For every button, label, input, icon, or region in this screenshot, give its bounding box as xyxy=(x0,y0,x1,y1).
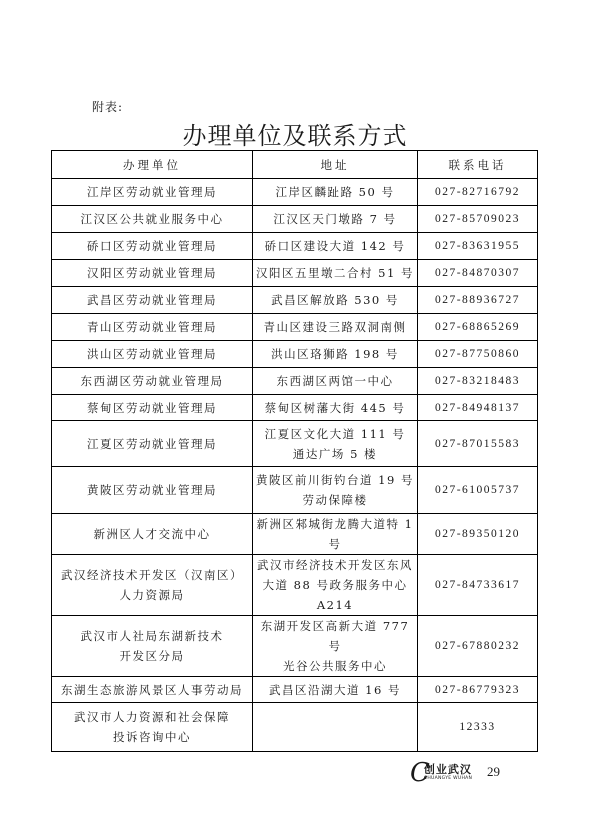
cell-unit-line: 人力资源局 xyxy=(54,585,250,605)
cell-unit: 江岸区劳动就业管理局 xyxy=(52,179,253,206)
cell-phone: 027-83218483 xyxy=(418,368,538,395)
cell-address-line: 劳动保障楼 xyxy=(255,490,415,510)
cell-address-line: 大道 88 号政务服务中心 A214 xyxy=(255,575,415,615)
table-row: 洪山区劳动就业管理局洪山区珞狮路 198 号027-87750860 xyxy=(52,341,538,368)
cell-address: 蔡甸区树藩大街 445 号 xyxy=(253,395,418,421)
table-row: 青山区劳动就业管理局青山区建设三路双洞南侧027-68865269 xyxy=(52,314,538,341)
cell-address-line: 硚口区建设大道 142 号 xyxy=(255,236,415,256)
cell-phone: 027-67880232 xyxy=(418,616,538,677)
cell-unit-line: 开发区分局 xyxy=(54,646,250,666)
logo-english: CHUANGYE WUHAN xyxy=(424,776,472,782)
cell-phone: 027-82716792 xyxy=(418,179,538,206)
table-row: 江汉区公共就业服务中心江汉区天门墩路 7 号027-85709023 xyxy=(52,206,538,233)
cell-phone: 027-83631955 xyxy=(418,233,538,260)
table-row: 江岸区劳动就业管理局江岸区麟趾路 50 号027-82716792 xyxy=(52,179,538,206)
cell-unit-line: 洪山区劳动就业管理局 xyxy=(54,344,250,364)
logo-chinese: 创业武汉 xyxy=(424,764,472,776)
cell-unit-line: 武昌区劳动就业管理局 xyxy=(54,290,250,310)
page-title: 办理单位及联系方式 xyxy=(0,116,590,151)
cell-unit: 武汉市人力资源和社会保障投诉咨询中心 xyxy=(52,703,253,752)
cell-unit-line: 江汉区公共就业服务中心 xyxy=(54,209,250,229)
cell-address: 东西湖区两馆一中心 xyxy=(253,368,418,395)
cell-unit-line: 蔡甸区劳动就业管理局 xyxy=(54,398,250,418)
cell-address-line: 洪山区珞狮路 198 号 xyxy=(255,344,415,364)
cell-address-line: 江汉区天门墩路 7 号 xyxy=(255,209,415,229)
cell-phone: 027-88936727 xyxy=(418,287,538,314)
cell-address-line: 武汉市经济技术开发区东风 xyxy=(255,555,415,575)
cell-phone: 027-89350120 xyxy=(418,514,538,555)
cell-unit: 江汉区公共就业服务中心 xyxy=(52,206,253,233)
table-row: 新洲区人才交流中心新洲区邾城街龙腾大道特 1 号027-89350120 xyxy=(52,514,538,555)
cell-unit-line: 武汉市人力资源和社会保障 xyxy=(54,707,250,727)
cell-phone: 027-86779323 xyxy=(418,677,538,703)
cell-unit-line: 江夏区劳动就业管理局 xyxy=(54,434,250,454)
cell-address: 黄陂区前川街钓台道 19 号劳动保障楼 xyxy=(253,467,418,514)
header-address: 地址 xyxy=(253,151,418,179)
brand-logo: C 创业武汉 CHUANGYE WUHAN xyxy=(410,760,472,786)
table-row: 武昌区劳动就业管理局武昌区解放路 530 号027-88936727 xyxy=(52,287,538,314)
cell-address: 江夏区文化大道 111 号通达广场 5 楼 xyxy=(253,421,418,467)
table-header-row: 办理单位 地址 联系电话 xyxy=(52,151,538,179)
cell-address-line: 武昌区沿湖大道 16 号 xyxy=(255,680,415,700)
cell-unit: 新洲区人才交流中心 xyxy=(52,514,253,555)
cell-address: 汉阳区五里墩二合村 51 号 xyxy=(253,260,418,287)
cell-address-line: 东湖开发区高新大道 777 号 xyxy=(255,616,415,656)
cell-unit: 江夏区劳动就业管理局 xyxy=(52,421,253,467)
cell-address: 东湖开发区高新大道 777 号光谷公共服务中心 xyxy=(253,616,418,677)
cell-phone: 12333 xyxy=(418,703,538,752)
cell-address: 新洲区邾城街龙腾大道特 1 号 xyxy=(253,514,418,555)
cell-phone: 027-84733617 xyxy=(418,555,538,616)
header-unit: 办理单位 xyxy=(52,151,253,179)
cell-address-line: 光谷公共服务中心 xyxy=(255,656,415,676)
cell-unit: 硚口区劳动就业管理局 xyxy=(52,233,253,260)
contacts-table: 办理单位 地址 联系电话 江岸区劳动就业管理局江岸区麟趾路 50 号027-82… xyxy=(51,150,538,752)
cell-unit: 洪山区劳动就业管理局 xyxy=(52,341,253,368)
cell-address: 洪山区珞狮路 198 号 xyxy=(253,341,418,368)
cell-unit-line: 硚口区劳动就业管理局 xyxy=(54,236,250,256)
cell-unit-line: 汉阳区劳动就业管理局 xyxy=(54,263,250,283)
table-row: 武汉经济技术开发区（汉南区）人力资源局武汉市经济技术开发区东风大道 88 号政务… xyxy=(52,555,538,616)
cell-unit-line: 东湖生态旅游风景区人事劳动局 xyxy=(54,680,250,700)
cell-unit-line: 武汉经济技术开发区（汉南区） xyxy=(54,565,250,585)
cell-address: 青山区建设三路双洞南侧 xyxy=(253,314,418,341)
cell-unit: 武汉经济技术开发区（汉南区）人力资源局 xyxy=(52,555,253,616)
cell-address: 硚口区建设大道 142 号 xyxy=(253,233,418,260)
table-row: 黄陂区劳动就业管理局黄陂区前川街钓台道 19 号劳动保障楼027-6100573… xyxy=(52,467,538,514)
table-row: 蔡甸区劳动就业管理局蔡甸区树藩大街 445 号027-84948137 xyxy=(52,395,538,421)
cell-unit: 蔡甸区劳动就业管理局 xyxy=(52,395,253,421)
cell-unit-line: 青山区劳动就业管理局 xyxy=(54,317,250,337)
cell-unit: 汉阳区劳动就业管理局 xyxy=(52,260,253,287)
cell-address-line: 东西湖区两馆一中心 xyxy=(255,371,415,391)
header-phone: 联系电话 xyxy=(418,151,538,179)
annex-label: 附表: xyxy=(92,98,123,115)
cell-unit-line: 投诉咨询中心 xyxy=(54,727,250,747)
cell-unit-line: 东西湖区劳动就业管理局 xyxy=(54,371,250,391)
cell-address: 江岸区麟趾路 50 号 xyxy=(253,179,418,206)
cell-phone: 027-87750860 xyxy=(418,341,538,368)
page-number: 29 xyxy=(487,764,500,780)
logo-text: 创业武汉 CHUANGYE WUHAN xyxy=(424,764,472,782)
table-body: 江岸区劳动就业管理局江岸区麟趾路 50 号027-82716792江汉区公共就业… xyxy=(52,179,538,752)
cell-phone: 027-87015583 xyxy=(418,421,538,467)
cell-phone: 027-68865269 xyxy=(418,314,538,341)
cell-address: 江汉区天门墩路 7 号 xyxy=(253,206,418,233)
cell-address-line: 汉阳区五里墩二合村 51 号 xyxy=(255,263,415,283)
table-row: 硚口区劳动就业管理局硚口区建设大道 142 号027-83631955 xyxy=(52,233,538,260)
table-row: 武汉市人力资源和社会保障投诉咨询中心12333 xyxy=(52,703,538,752)
cell-unit: 武昌区劳动就业管理局 xyxy=(52,287,253,314)
cell-unit-line: 新洲区人才交流中心 xyxy=(54,524,250,544)
cell-address-line: 青山区建设三路双洞南侧 xyxy=(255,317,415,337)
cell-address: 武汉市经济技术开发区东风大道 88 号政务服务中心 A214 xyxy=(253,555,418,616)
cell-phone: 027-85709023 xyxy=(418,206,538,233)
cell-address xyxy=(253,703,418,752)
cell-address: 武昌区沿湖大道 16 号 xyxy=(253,677,418,703)
cell-address-line: 新洲区邾城街龙腾大道特 1 号 xyxy=(255,514,415,554)
table-row: 江夏区劳动就业管理局江夏区文化大道 111 号通达广场 5 楼027-87015… xyxy=(52,421,538,467)
cell-address-line: 黄陂区前川街钓台道 19 号 xyxy=(255,470,415,490)
table-row: 东西湖区劳动就业管理局东西湖区两馆一中心027-83218483 xyxy=(52,368,538,395)
cell-address: 武昌区解放路 530 号 xyxy=(253,287,418,314)
table-row: 汉阳区劳动就业管理局汉阳区五里墩二合村 51 号027-84870307 xyxy=(52,260,538,287)
cell-address-line: 蔡甸区树藩大街 445 号 xyxy=(255,398,415,418)
cell-unit: 东西湖区劳动就业管理局 xyxy=(52,368,253,395)
cell-phone: 027-61005737 xyxy=(418,467,538,514)
cell-phone: 027-84870307 xyxy=(418,260,538,287)
table-row: 东湖生态旅游风景区人事劳动局武昌区沿湖大道 16 号027-86779323 xyxy=(52,677,538,703)
cell-unit: 东湖生态旅游风景区人事劳动局 xyxy=(52,677,253,703)
cell-unit: 黄陂区劳动就业管理局 xyxy=(52,467,253,514)
cell-unit-line: 江岸区劳动就业管理局 xyxy=(54,182,250,202)
cell-address-line: 江岸区麟趾路 50 号 xyxy=(255,182,415,202)
cell-address-line: 通达广场 5 楼 xyxy=(255,444,415,464)
cell-phone: 027-84948137 xyxy=(418,395,538,421)
cell-unit: 青山区劳动就业管理局 xyxy=(52,314,253,341)
cell-address-line: 江夏区文化大道 111 号 xyxy=(255,424,415,444)
cell-unit-line: 黄陂区劳动就业管理局 xyxy=(54,480,250,500)
cell-unit-line: 武汉市人社局东湖新技术 xyxy=(54,626,250,646)
cell-unit: 武汉市人社局东湖新技术开发区分局 xyxy=(52,616,253,677)
table-row: 武汉市人社局东湖新技术开发区分局东湖开发区高新大道 777 号光谷公共服务中心0… xyxy=(52,616,538,677)
cell-address-line: 武昌区解放路 530 号 xyxy=(255,290,415,310)
